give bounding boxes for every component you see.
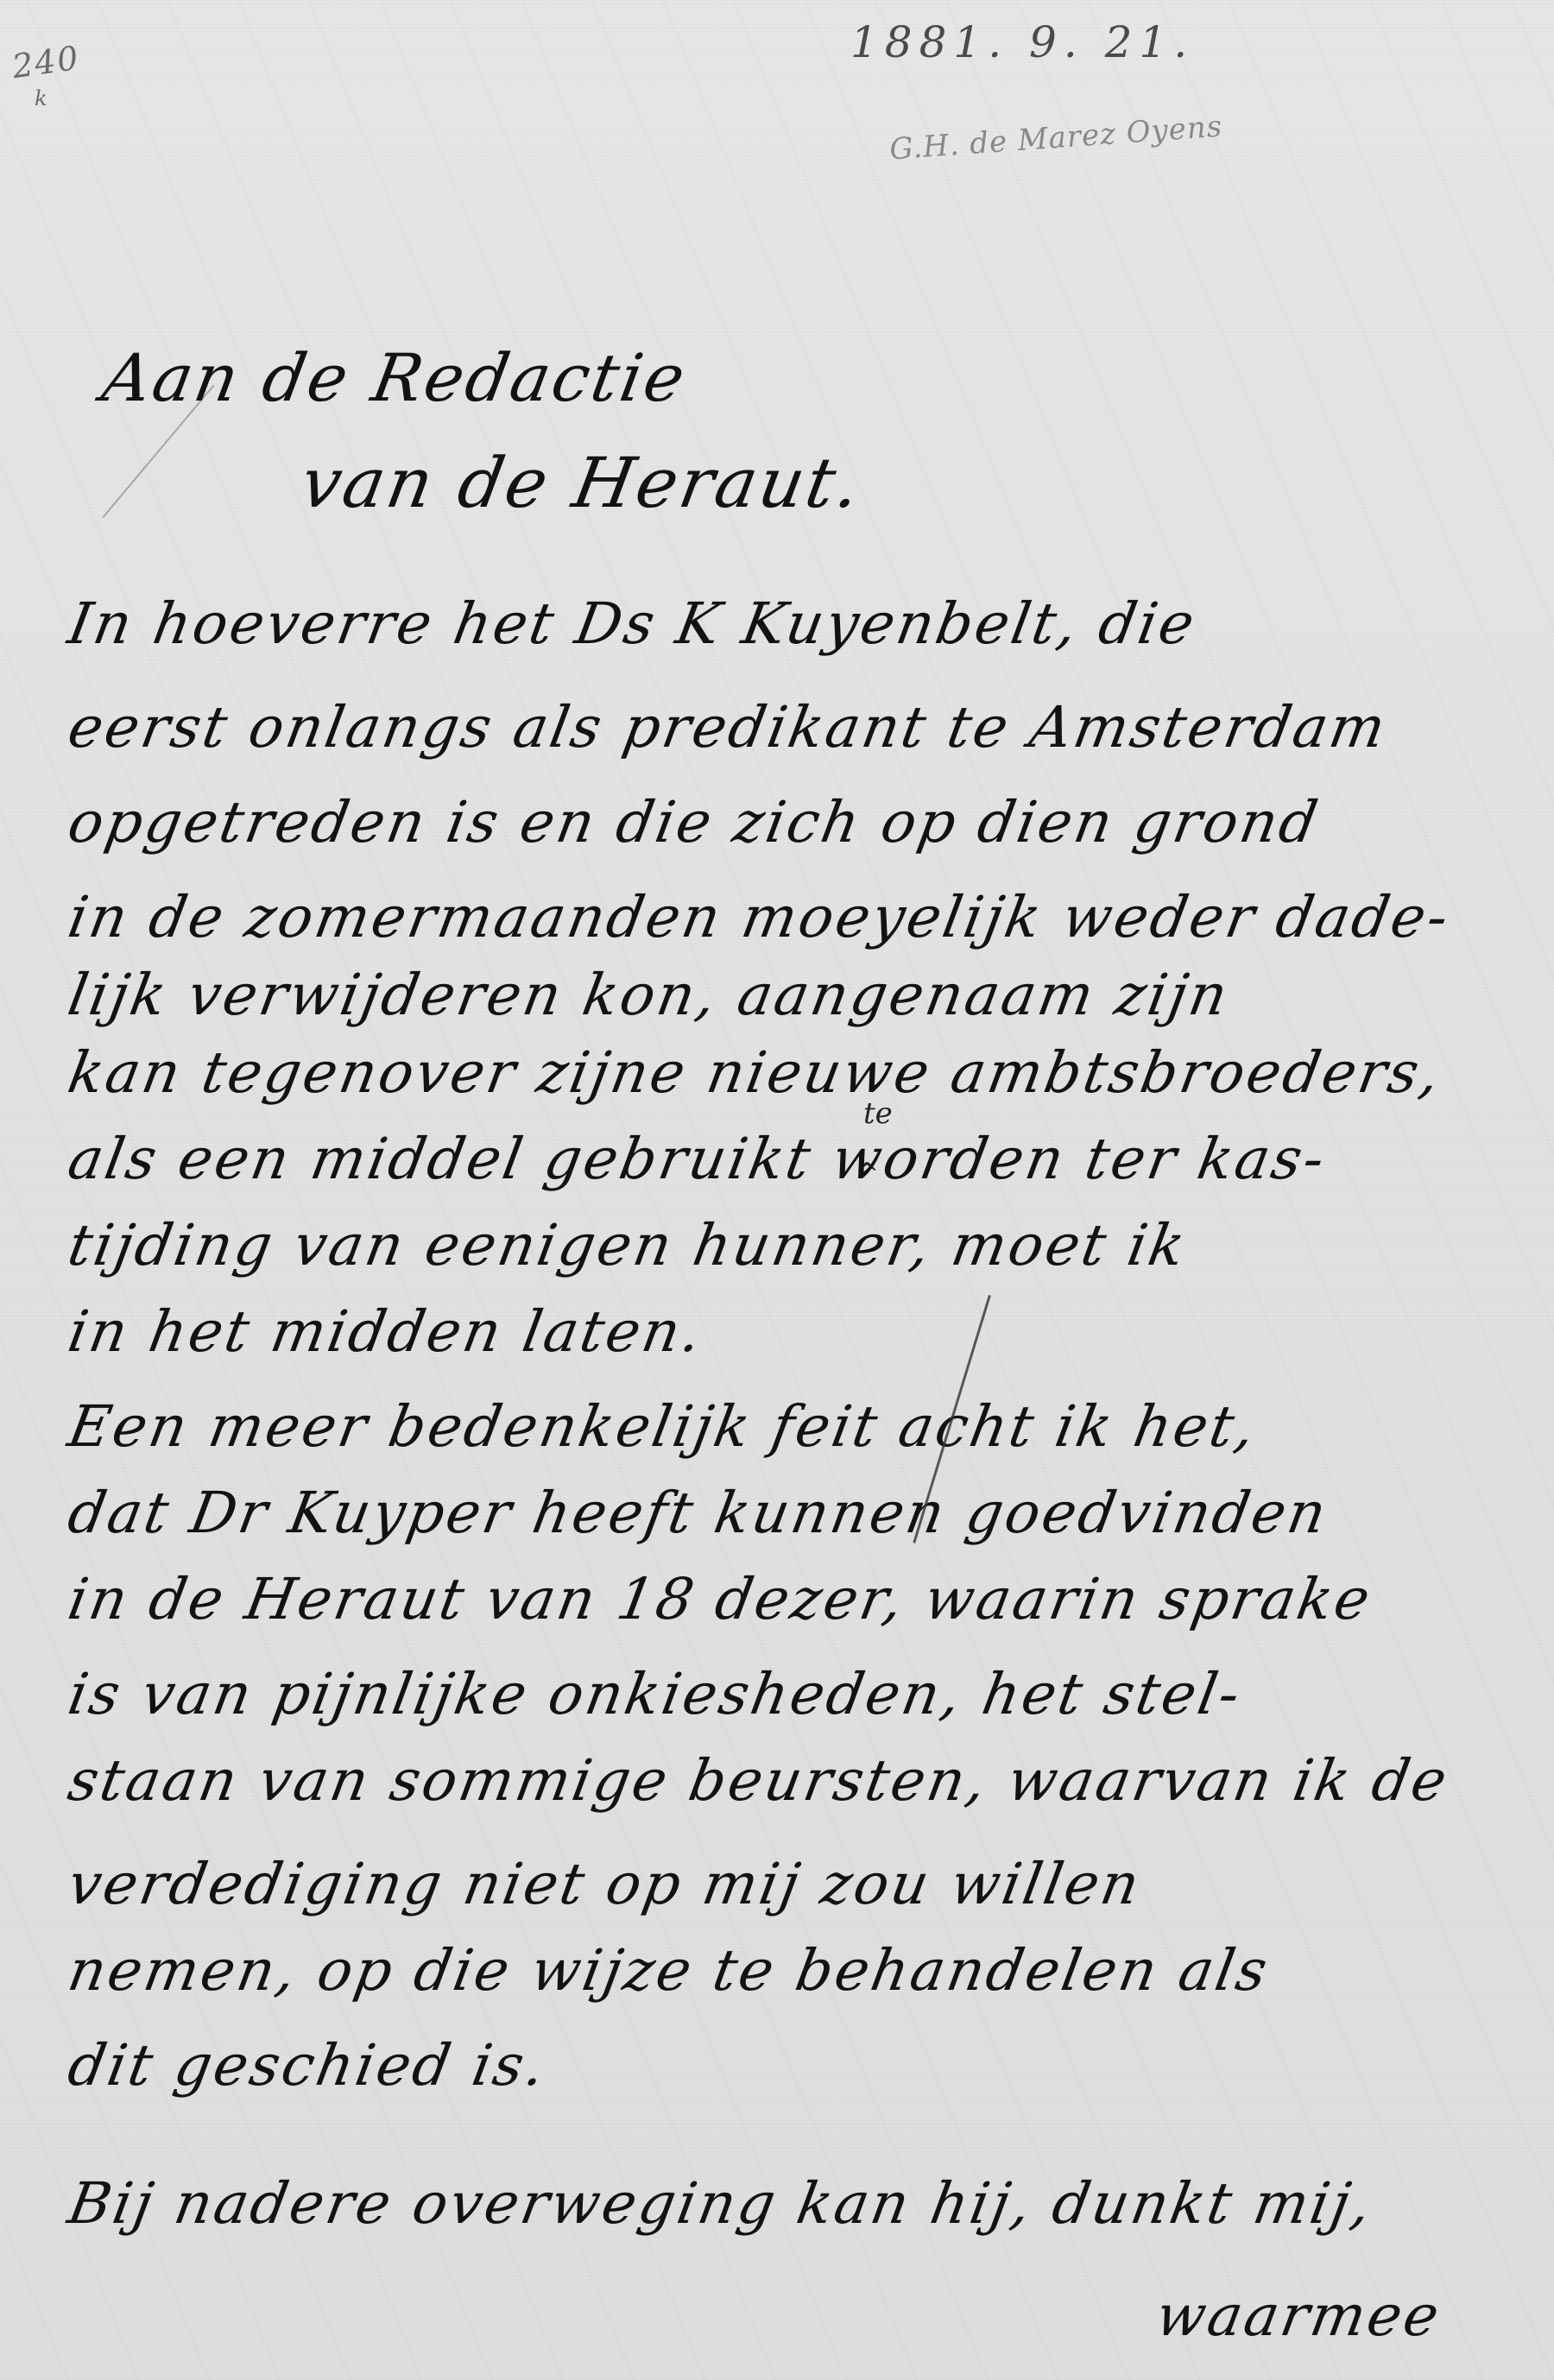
letter-line-8: tijding van eenigen hunner, moet ik	[64, 1217, 1191, 1274]
letter-line-3: opgetreden is en die zich op dien grond	[64, 794, 1323, 851]
letter-line-18: Bij nadere overweging kan hij, dunkt mij…	[64, 2175, 1377, 2232]
letter-line-5: lijk verwijderen kon, aangenaam zijn	[64, 967, 1234, 1024]
letter-line-16: nemen, op die wijze te behandelen als	[64, 1942, 1273, 1999]
salutation-line-2: van de Heraut.	[296, 449, 868, 518]
letter-line-4: in de zomermaanden moeyelijk weder dade-	[64, 889, 1455, 946]
letter-line-7: als een middel gebruikt worden ter kas-	[64, 1131, 1330, 1188]
letter-line-10: Een meer bedenkelijk feit acht ik het,	[64, 1398, 1261, 1455]
letter-line-12: in de Heraut van 18 dezer, waarin sprake	[64, 1571, 1376, 1628]
date-annotation: 1881. 9. 21.	[850, 17, 1194, 67]
letter-line-15: verdediging niet op mij zou willen	[64, 1856, 1146, 1913]
letter-line-17: dit geschied is.	[64, 2037, 552, 2094]
letter-line-6: kan tegenover zijne nieuwe ambtsbroeders…	[64, 1045, 1446, 1102]
letter-line-1: In hoeverre het Ds K Kuyenbelt, die	[64, 596, 1201, 653]
letter-line-9: in het midden laten.	[64, 1304, 708, 1360]
letter-line-13: is van pijnlijke onkiesheden, het stel-	[64, 1666, 1246, 1723]
letter-line-2: eerst onlangs als predikant te Amsterdam	[64, 699, 1392, 756]
closing-fragment: waarmee	[1152, 2288, 1445, 2345]
archive-reference-sub: k	[35, 86, 49, 110]
letter-line-14: staan van sommige beursten, waarvan ik d…	[64, 1752, 1453, 1809]
letter-line-11: dat Dr Kuyper heeft kunnen goedvinden	[64, 1485, 1332, 1542]
salutation-line-1: Aan de Redactie	[98, 345, 692, 411]
